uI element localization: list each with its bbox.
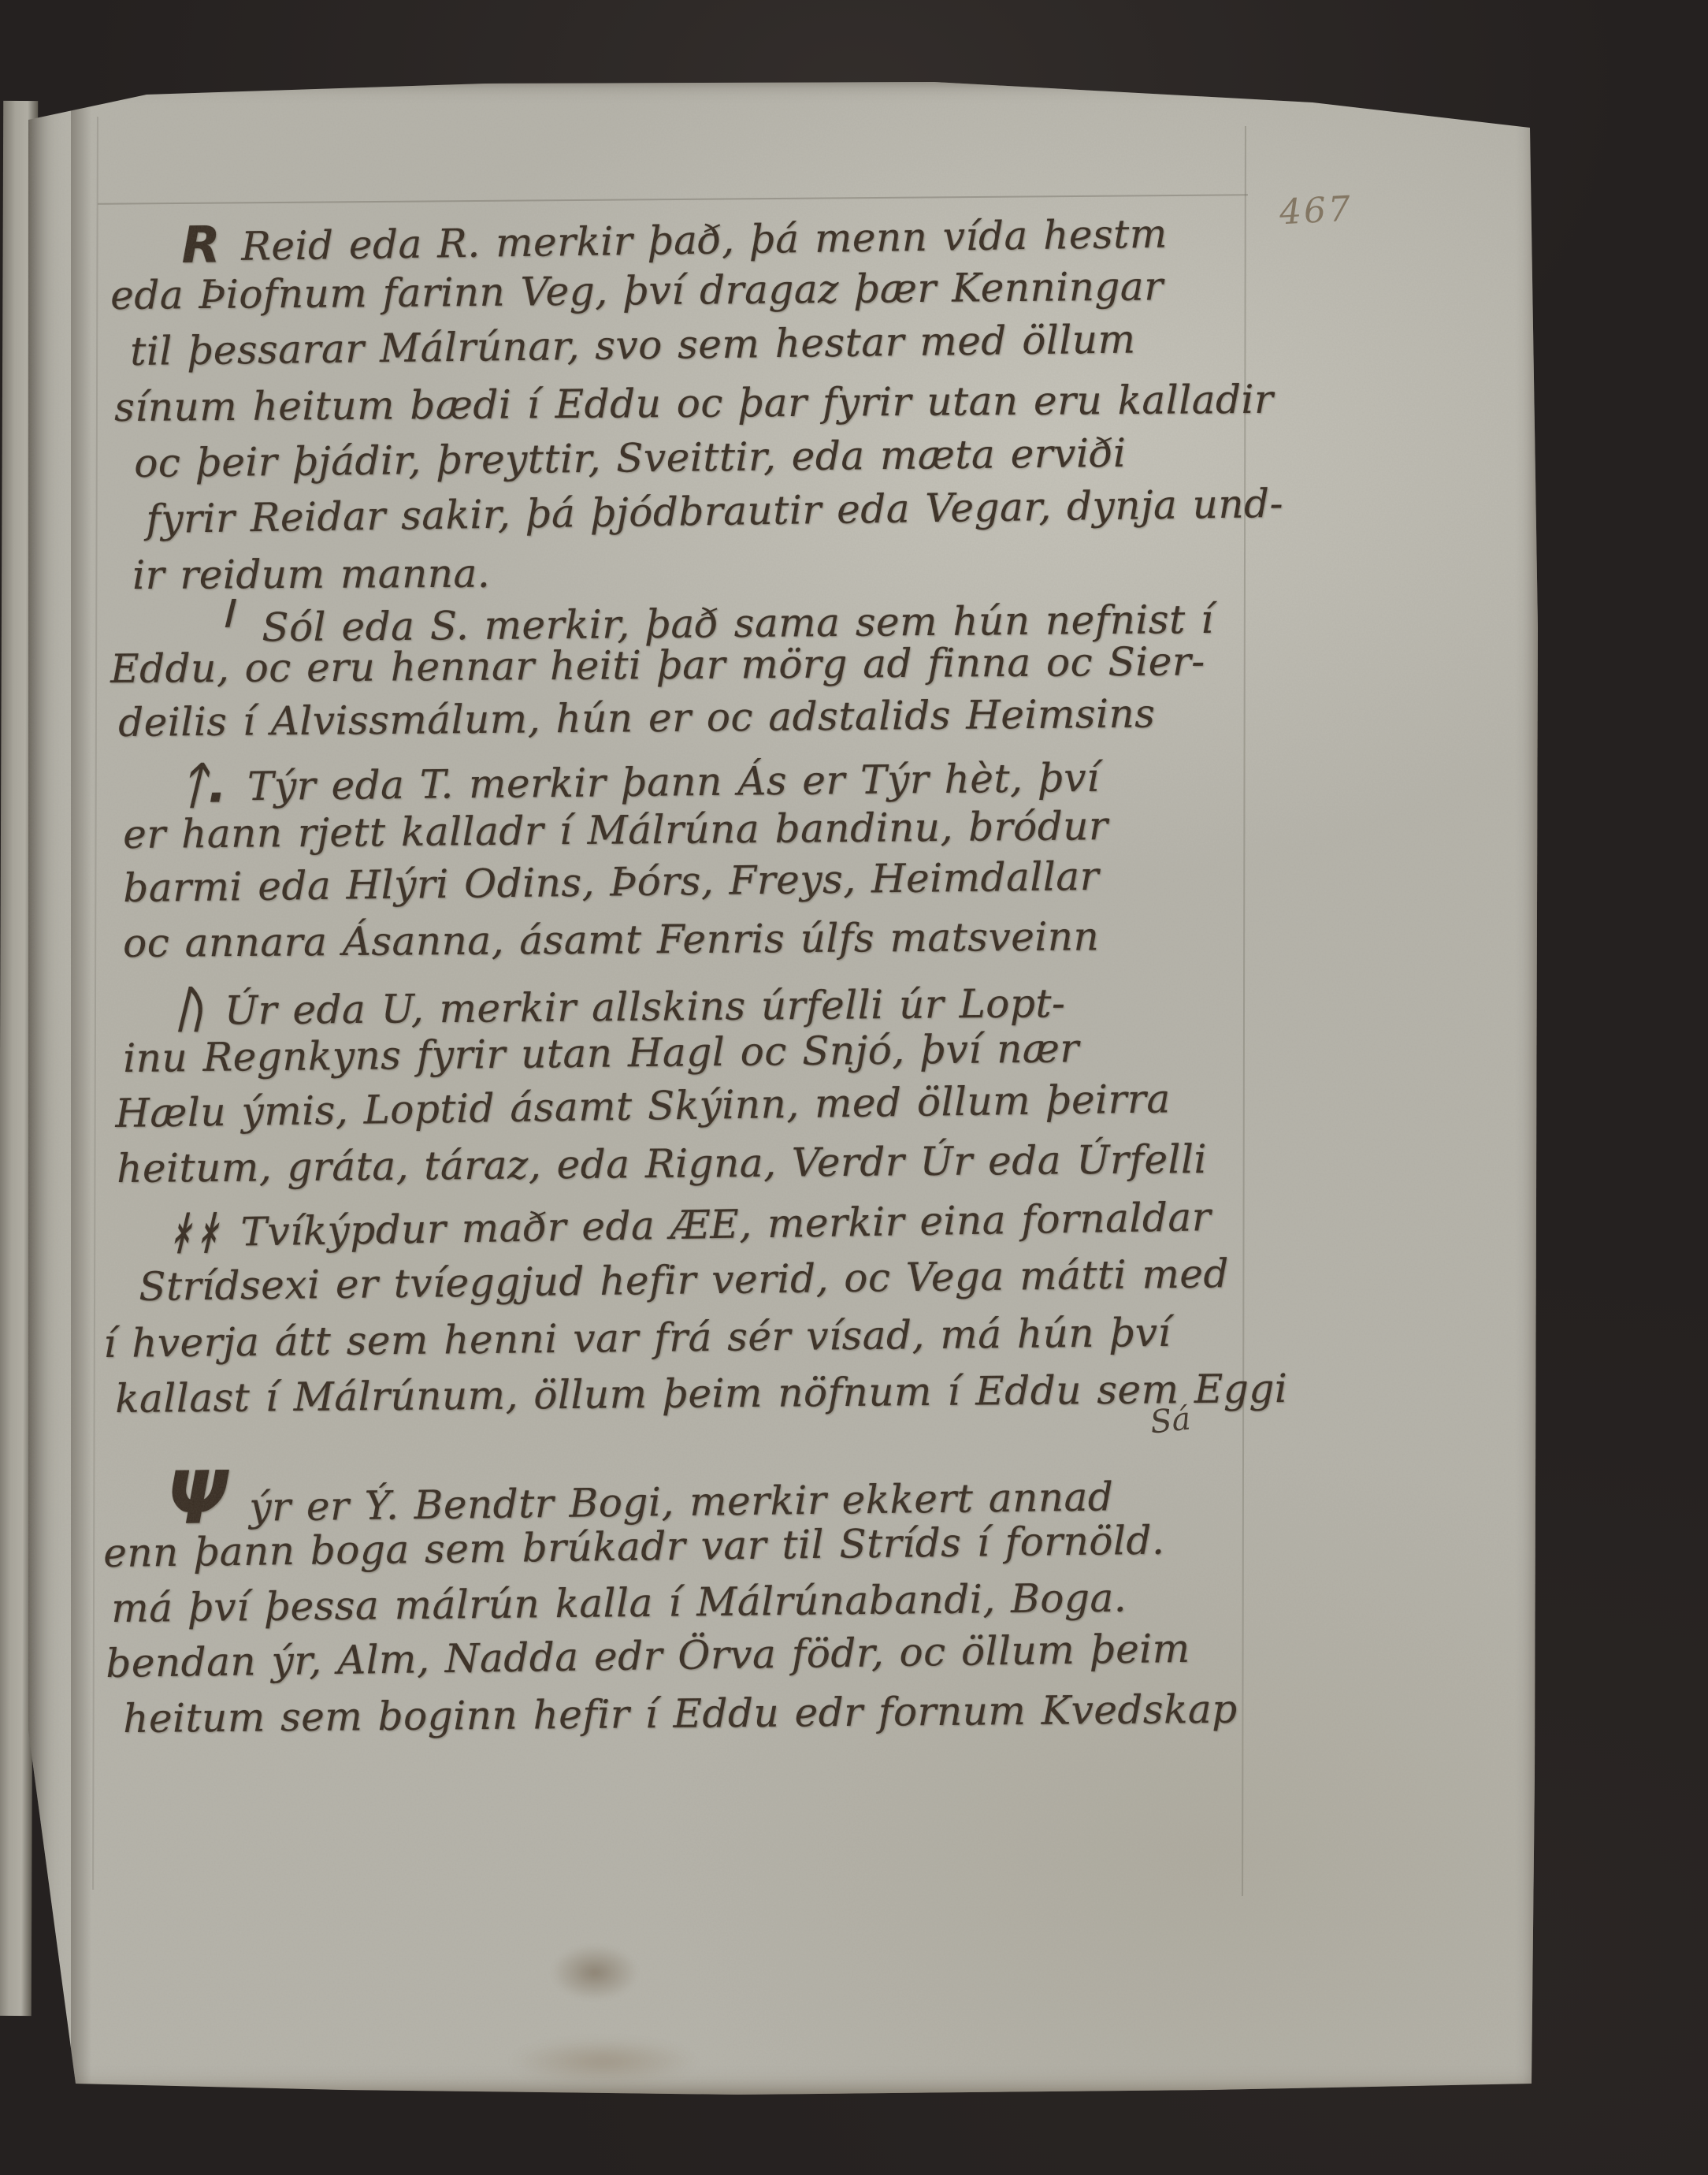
manuscript-line: ᛏ.Týr eda T. merkir þann Ás er Týr hèt, … [178,750,1100,809]
manuscript-line: eda Þiofnum farinn Veg, því dragaz þær K… [110,266,1164,315]
manuscript-line: deilis í Alvissmálum, hún er oc adstalid… [118,694,1156,742]
line-text: barmi eda Hlýri Odins, Þórs, Freys, Heim… [123,853,1099,911]
rune-initial: ᛌ [206,594,242,652]
manuscript-line: sínum heitum bædi í Eddu oc þar fyrir ut… [114,380,1274,427]
manuscript-line: bendan ýr, Alm, Nadda edr Örva födr, oc … [106,1629,1190,1683]
line-text: oc annara Ásanna, ásamt Fenris úlfs mats… [123,913,1099,966]
line-text: deilis í Alvissmálum, hún er oc adstalid… [118,691,1156,745]
rune-initial: ᚢ [174,985,204,1034]
manuscript-line: Hælu ýmis, Loptid ásamt Skýinn, med öllu… [115,1079,1171,1133]
line-text: Reid eda R. merkir það, þá menn vída hes… [241,211,1168,270]
manuscript-line: barmi eda Hlýri Odins, Þórs, Freys, Heim… [123,857,1099,908]
line-text: sínum heitum bædi í Eddu oc þar fyrir ut… [114,377,1274,430]
ink-stain [551,1945,638,2000]
paper-stain [470,2030,737,2093]
manuscript-line: í hverja átt sem henni var frá sér vísad… [103,1313,1171,1363]
scan-surround: 467 RReid eda R. merkir það, þá menn víd… [0,0,1708,2175]
manuscript-line: oc þeir þjádir, þreyttir, Sveittir, eda … [134,433,1127,483]
catchword: Sá [1149,1400,1193,1441]
line-text: kallast í Málrúnum, öllum þeim nöfnum í … [115,1366,1288,1422]
manuscript-line: ᚼᚼTvíkýpdur maðr eda ÆE, merkir eina for… [166,1194,1212,1255]
line-text: í hverja átt sem henni var frá sér vísad… [103,1310,1171,1366]
line-text: Týr eda T. merkir þann Ás er Týr hèt, þv… [247,755,1100,809]
line-text: fyrir Reidar sakir, þá þjódbrautir eda V… [146,481,1283,542]
line-text: til þessarar Málrúnar, svo sem hestar me… [130,316,1136,374]
gutter-fold-shadow [71,76,91,2101]
manuscript-line: til þessarar Málrúnar, svo sem hestar me… [130,319,1136,371]
line-text: Tvíkýpdur maðr eda ÆE, merkir eina forna… [240,1194,1211,1255]
manuscript-line: inu Regnkyns fyrir utan Hagl oc Snjó, þv… [123,1028,1079,1078]
manuscript-line: er hann rjett kalladr í Málrúna bandinu,… [123,806,1108,854]
manuscript-line: enn þann boga sem brúkadr var til Stríds… [103,1521,1165,1573]
manuscript-line: kallast í Málrúnum, öllum þeim nöfnum í … [115,1369,1288,1418]
manuscript-line: Strídsexi er tvíeggjud hefir verid, oc V… [139,1254,1229,1307]
manuscript-line: RReid eda R. merkir það, þá menn vída he… [181,206,1168,270]
line-text: heitum sem boginn hefir í Eddu edr fornu… [123,1686,1238,1742]
line-text: inu Regnkyns fyrir utan Hagl oc Snjó, þv… [123,1025,1079,1081]
line-text: Hælu ýmis, Loptid ásamt Skýinn, med öllu… [115,1076,1171,1136]
line-text: er hann rjett kalladr í Málrúna bandinu,… [123,803,1108,857]
rune-initial: R [181,220,221,271]
line-text: Eddu, oc eru hennar heiti þar mörg ad fi… [110,638,1205,692]
manuscript-line: ir reidum manna. [132,554,490,595]
page-number: 467 [1279,189,1354,233]
manuscript-page: 467 RReid eda R. merkir það, þá menn víd… [28,76,1538,2101]
manuscript-line: fyrir Reidar sakir, þá þjódbrautir eda V… [146,484,1283,539]
rune-initial: ᚼᚼ [166,1211,221,1256]
line-text: heitum, gráta, táraz, eda Rigna, Verdr Ú… [117,1136,1207,1192]
manuscript-line: heitum, gráta, táraz, eda Rigna, Verdr Ú… [117,1140,1207,1188]
line-text: bendan ýr, Alm, Nadda edr Örva födr, oc … [106,1626,1190,1686]
rune-initial: ᛏ. [178,760,227,810]
manuscript-line: oc annara Ásanna, ásamt Fenris úlfs mats… [123,916,1099,963]
line-text: oc þeir þjádir, þreyttir, Sveittir, eda … [134,430,1127,486]
manuscript-line: ᚢÚr eda U, merkir allskins úrfelli úr Lo… [174,976,1066,1032]
line-text: má því þessa málrún kalla í Málrúnabandi… [111,1575,1127,1631]
ruled-border-top [98,194,1248,204]
ruled-border-left [92,117,98,1890]
line-text: Úr eda U, merkir allskins úrfelli úr Lop… [225,980,1066,1033]
rune-initial: Ψ [166,1462,229,1535]
line-text: eda Þiofnum farinn Veg, því dragaz þær K… [110,263,1164,318]
manuscript-line: má því þessa málrún kalla í Málrúnabandi… [111,1578,1127,1628]
manuscript-line: Eddu, oc eru hennar heiti þar mörg ad fi… [110,641,1205,689]
line-text: Strídsexi er tvíeggjud hefir verid, oc V… [139,1251,1229,1310]
manuscript-line: heitum sem boginn hefir í Eddu edr fornu… [123,1690,1238,1738]
